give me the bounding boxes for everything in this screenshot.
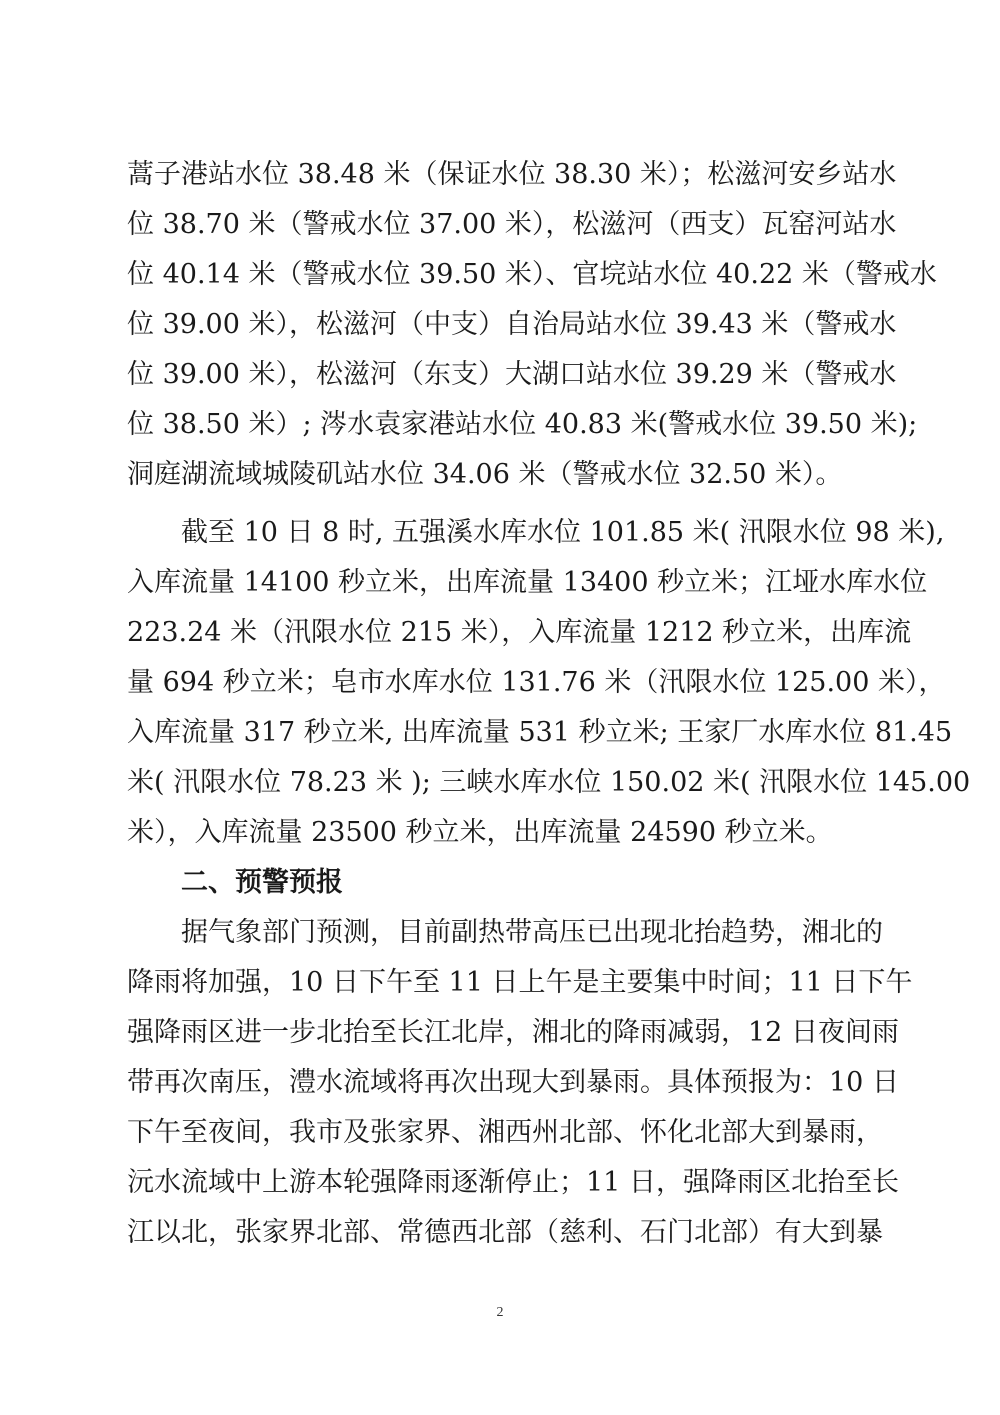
text-line: 蒿子港站水位 38.48 米（保证水位 38.30 米）；松滋河安乡站水 xyxy=(127,150,877,200)
page-number: 2 xyxy=(0,1305,1000,1321)
text-line: 位 39.00 米），松滋河（中支）自治局站水位 39.43 米（警戒水 xyxy=(127,300,877,350)
text-line: 位 40.14 米（警戒水位 39.50 米）、官垸站水位 40.22 米（警戒… xyxy=(127,250,877,300)
text-line: 入库流量 317 秒立米, 出库流量 531 秒立米; 王家厂水库水位 81.4… xyxy=(127,708,877,758)
text-line: 米），入库流量 23500 秒立米，出库流量 24590 秒立米。 xyxy=(127,808,877,858)
text-line: 位 38.50 米）; 涔水袁家港站水位 40.83 米(警戒水位 39.50 … xyxy=(127,400,877,450)
paragraph-start-line: 据气象部门预测，目前副热带高压已出现北抬趋势，湘北的 xyxy=(127,908,877,958)
text-line: 降雨将加强，10 日下午至 11 日上午是主要集中时间；11 日下午 xyxy=(127,958,877,1008)
text-line: 入库流量 14100 秒立米，出库流量 13400 秒立米；江垭水库水位 xyxy=(127,558,877,608)
text-line: 江以北，张家界北部、常德西北部（慈利、石门北部）有大到暴 xyxy=(127,1208,877,1258)
text-line: 量 694 秒立米；皂市水库水位 131.76 米（汛限水位 125.00 米）… xyxy=(127,658,877,708)
paragraph-start-line: 截至 10 日 8 时, 五强溪水库水位 101.85 米( 汛限水位 98 米… xyxy=(127,508,877,558)
text-line: 位 38.70 米（警戒水位 37.00 米），松滋河（西支）瓦窑河站水 xyxy=(127,200,877,250)
text-line: 米( 汛限水位 78.23 米 ); 三峡水库水位 150.02 米( 汛限水位… xyxy=(127,758,877,808)
text-line: 洞庭湖流域城陵矶站水位 34.06 米（警戒水位 32.50 米）。 xyxy=(127,450,877,500)
section-heading: 二、预警预报 xyxy=(127,858,877,908)
text-line: 沅水流域中上游本轮强降雨逐渐停止；11 日，强降雨区北抬至长 xyxy=(127,1158,877,1208)
text-line: 下午至夜间，我市及张家界、湘西州北部、怀化北部大到暴雨， xyxy=(127,1108,877,1158)
text-line: 强降雨区进一步北抬至长江北岸，湘北的降雨减弱，12 日夜间雨 xyxy=(127,1008,877,1058)
text-line: 位 39.00 米），松滋河（东支）大湖口站水位 39.29 米（警戒水 xyxy=(127,350,877,400)
text-line: 223.24 米（汛限水位 215 米），入库流量 1212 秒立米，出库流 xyxy=(127,608,877,658)
text-line: 带再次南压，澧水流域将再次出现大到暴雨。具体预报为：10 日 xyxy=(127,1058,877,1108)
